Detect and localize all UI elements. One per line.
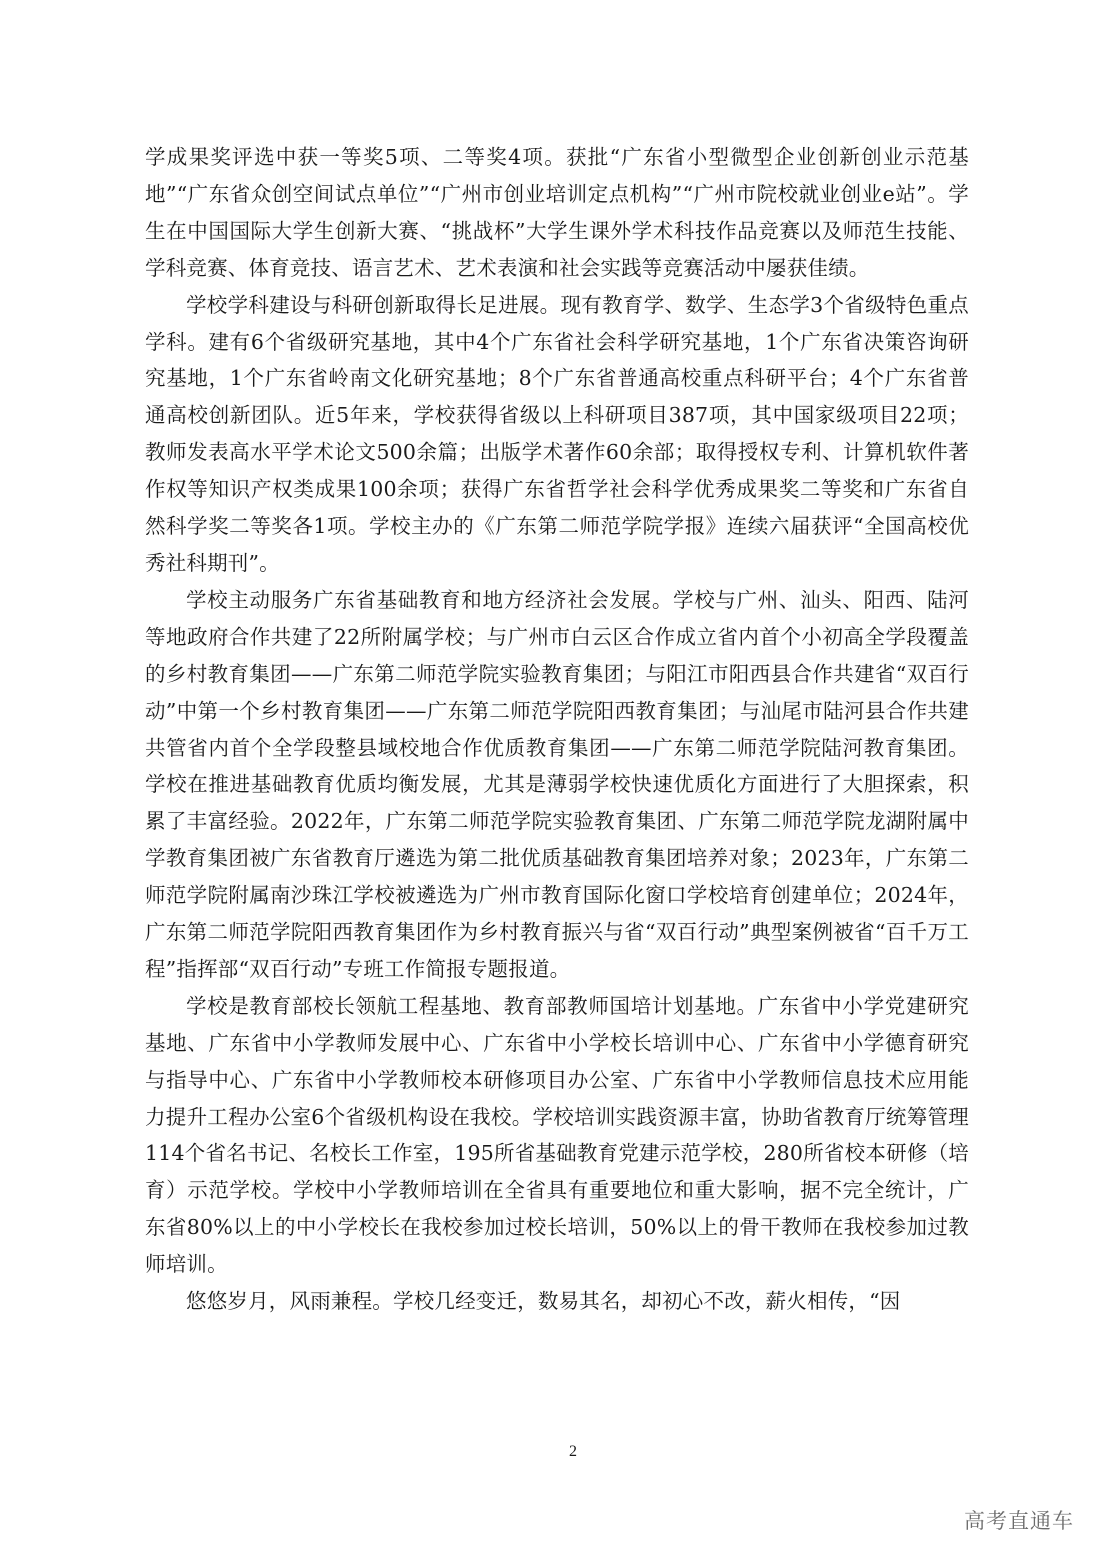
- paragraph-history: 悠悠岁月，风雨兼程。学校几经变迁，数易其名，却初心不改，薪火相传，“因: [145, 1283, 969, 1320]
- body-text: 学成果奖评选中获一等奖5项、二等奖4项。获批“广东省小型微型企业创新创业示范基地…: [145, 139, 969, 1320]
- paragraph-basic-education-service: 学校主动服务广东省基础教育和地方经济社会发展。学校与广州、汕头、阳西、陆河等地政…: [145, 582, 969, 988]
- paragraph-training-bases: 学校是教育部校长领航工程基地、教育部教师国培计划基地。广东省中小学党建研究基地、…: [145, 988, 969, 1283]
- watermark-logo-text: 高考直通车: [964, 1505, 1074, 1535]
- page-number: 2: [0, 1443, 1102, 1461]
- paragraph-research: 学校学科建设与科研创新取得长足进展。现有教育学、数学、生态学3个省级特色重点学科…: [145, 287, 969, 582]
- document-page: 学成果奖评选中获一等奖5项、二等奖4项。获批“广东省小型微型企业创新创业示范基地…: [0, 0, 1102, 1559]
- paragraph-achievements: 学成果奖评选中获一等奖5项、二等奖4项。获批“广东省小型微型企业创新创业示范基地…: [145, 139, 969, 287]
